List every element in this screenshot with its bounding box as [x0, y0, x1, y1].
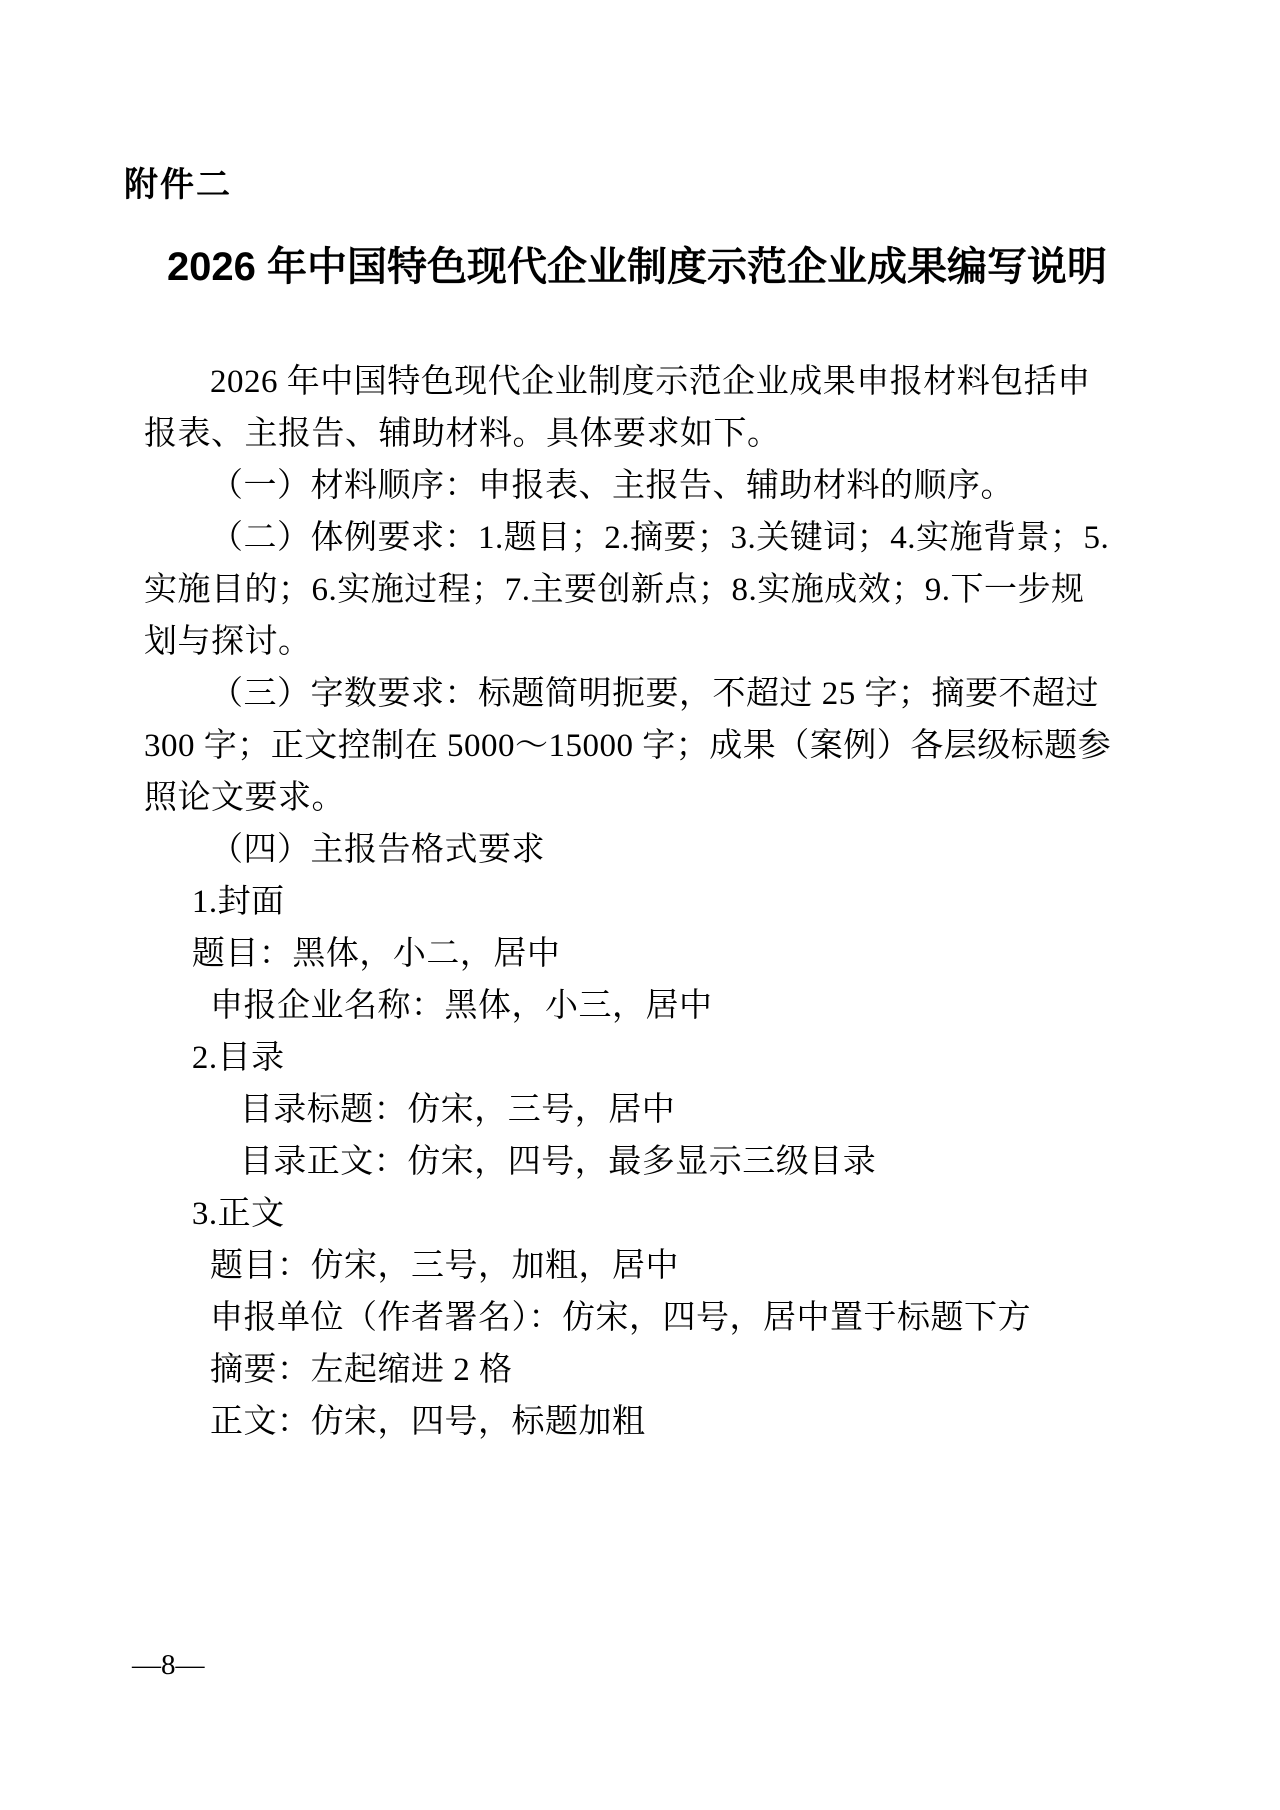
text-line: 目录标题：仿宋，三号，居中 — [144, 1084, 1134, 1136]
text-line: 划与探讨。 — [144, 616, 1134, 668]
attachment-label: 附件二 — [124, 0, 1134, 206]
page-number: —8— — [132, 1648, 205, 1683]
text-line: 2.目录 — [144, 1032, 1134, 1084]
text-line: 题目：仿宋，三号，加粗，居中 — [144, 1240, 1134, 1292]
text-line: 3.正文 — [144, 1188, 1134, 1240]
text-line: 照论文要求。 — [144, 772, 1134, 824]
text-line: 1.封面 — [144, 876, 1134, 928]
text-line: 正文：仿宋，四号，标题加粗 — [144, 1396, 1134, 1448]
document-body: 2026 年中国特色现代企业制度示范企业成果申报材料包括申报表、主报告、辅助材料… — [144, 356, 1134, 1448]
document-title: 2026 年中国特色现代企业制度示范企业成果编写说明 — [124, 240, 1150, 294]
text-line: （四）主报告格式要求 — [144, 824, 1134, 876]
document-page: 附件二 2026 年中国特色现代企业制度示范企业成果编写说明 2026 年中国特… — [0, 0, 1280, 1810]
text-line: 2026 年中国特色现代企业制度示范企业成果申报材料包括申 — [144, 356, 1134, 408]
text-line: 申报单位（作者署名）：仿宋，四号，居中置于标题下方 — [144, 1292, 1134, 1344]
text-line: 摘要：左起缩进 2 格 — [144, 1344, 1134, 1396]
text-line: （二）体例要求：1.题目；2.摘要；3.关键词；4.实施背景；5. — [144, 512, 1134, 564]
text-line: （一）材料顺序：申报表、主报告、辅助材料的顺序。 — [144, 460, 1134, 512]
text-line: 申报企业名称：黑体，小三，居中 — [144, 980, 1134, 1032]
text-line: 300 字；正文控制在 5000～15000 字；成果（案例）各层级标题参 — [144, 720, 1134, 772]
text-line: （三）字数要求：标题简明扼要，不超过 25 字；摘要不超过 — [144, 668, 1134, 720]
text-line: 实施目的；6.实施过程；7.主要创新点；8.实施成效；9.下一步规 — [144, 564, 1134, 616]
text-line: 报表、主报告、辅助材料。具体要求如下。 — [144, 408, 1134, 460]
text-line: 题目：黑体，小二，居中 — [144, 928, 1134, 980]
text-line: 目录正文：仿宋，四号，最多显示三级目录 — [144, 1136, 1134, 1188]
